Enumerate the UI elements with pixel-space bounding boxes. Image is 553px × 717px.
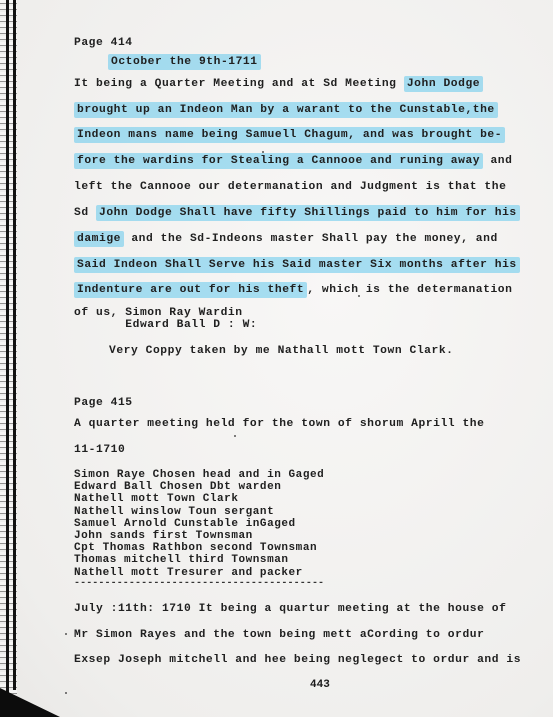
attestation: Very Coppy taken by me Nathall mott Town…: [109, 344, 453, 358]
body-line: brought up an Indeon Man by a warant to …: [74, 103, 498, 117]
paper-speck: [262, 151, 264, 153]
paper-speck: [65, 692, 67, 694]
july-line: July :11th: 1710 It being a quartur meet…: [74, 602, 506, 616]
text: left the Cannooe our determanation and J…: [74, 181, 506, 193]
highlight: John Dodge Shall have fifty Shillings pa…: [96, 205, 520, 221]
binding-line: [6, 0, 9, 695]
highlight: damige: [74, 231, 124, 247]
document-page: Page 414 October the 9th-1711 It being a…: [0, 0, 553, 717]
text: , which is the determanation: [307, 284, 512, 296]
body-line: Sd John Dodge Shall have fifty Shillings…: [74, 206, 520, 220]
highlight: fore the wardins for Stealing a Cannooe …: [74, 153, 483, 169]
binding-corner: [0, 688, 60, 717]
officer-entry: Simon Raye Chosen head and in Gaged: [74, 469, 324, 482]
signature-line: Edward Ball D : W:: [74, 318, 257, 332]
officer-entry: Edward Ball Chosen Dbt warden: [74, 481, 281, 494]
body-line: fore the wardins for Stealing a Cannooe …: [74, 154, 512, 168]
highlight: John Dodge: [404, 76, 483, 92]
july-line: Mr Simon Rayes and the town being mett a…: [74, 628, 484, 642]
highlight: October the 9th-1711: [108, 54, 261, 70]
binding-line: [13, 0, 16, 690]
officer-entry: Thomas mitchell third Townsman: [74, 554, 289, 567]
highlight: Said Indeon Shall Serve his Said master …: [74, 257, 520, 273]
body-line: damige and the Sd-Indeons master Shall p…: [74, 232, 498, 246]
paper-speck: [358, 295, 360, 297]
paper-speck: [65, 633, 67, 635]
page-number: 443: [310, 679, 330, 691]
page-414-header: Page 414: [74, 36, 133, 50]
body-line: Said Indeon Shall Serve his Said master …: [74, 258, 520, 272]
body-line: It being a Quarter Meeting and at Sd Mee…: [74, 77, 483, 91]
intro-line: 11-1710: [74, 443, 125, 457]
text: and: [483, 155, 512, 167]
officer-entry: John sands first Townsman: [74, 530, 253, 543]
text: Sd: [74, 207, 96, 219]
highlight: Indeon mans name being Samuell Chagum, a…: [74, 127, 505, 143]
page-415-header: Page 415: [74, 396, 133, 410]
intro-line: A quarter meeting held for the town of s…: [74, 417, 484, 431]
officer-entry: Samuel Arnold Cunstable inGaged: [74, 518, 296, 531]
body-line: Indeon mans name being Samuell Chagum, a…: [74, 128, 505, 142]
highlight: brought up an Indeon Man by a warant to …: [74, 102, 498, 118]
paper-speck: [430, 80, 432, 82]
july-line: Exsep Joseph mitchell and hee being negl…: [74, 653, 521, 667]
body-line: Indenture are out for his theft, which i…: [74, 283, 512, 297]
paper-speck: [234, 435, 236, 437]
text: and the Sd-Indeons master Shall pay the …: [124, 233, 498, 245]
officer-entry: Nathell winslow Toun sergant: [74, 506, 274, 519]
separator: ----------------------------------------…: [74, 578, 324, 589]
officer-entry: Cpt Thomas Rathbon second Townsman: [74, 542, 317, 555]
body-line: left the Cannooe our determanation and J…: [74, 180, 506, 194]
text: It being a Quarter Meeting and at Sd Mee…: [74, 78, 404, 90]
page-414-date: October the 9th-1711: [108, 55, 261, 69]
officer-entry: Nathell mott Town Clark: [74, 493, 238, 506]
highlight: Indenture are out for his theft: [74, 282, 307, 298]
